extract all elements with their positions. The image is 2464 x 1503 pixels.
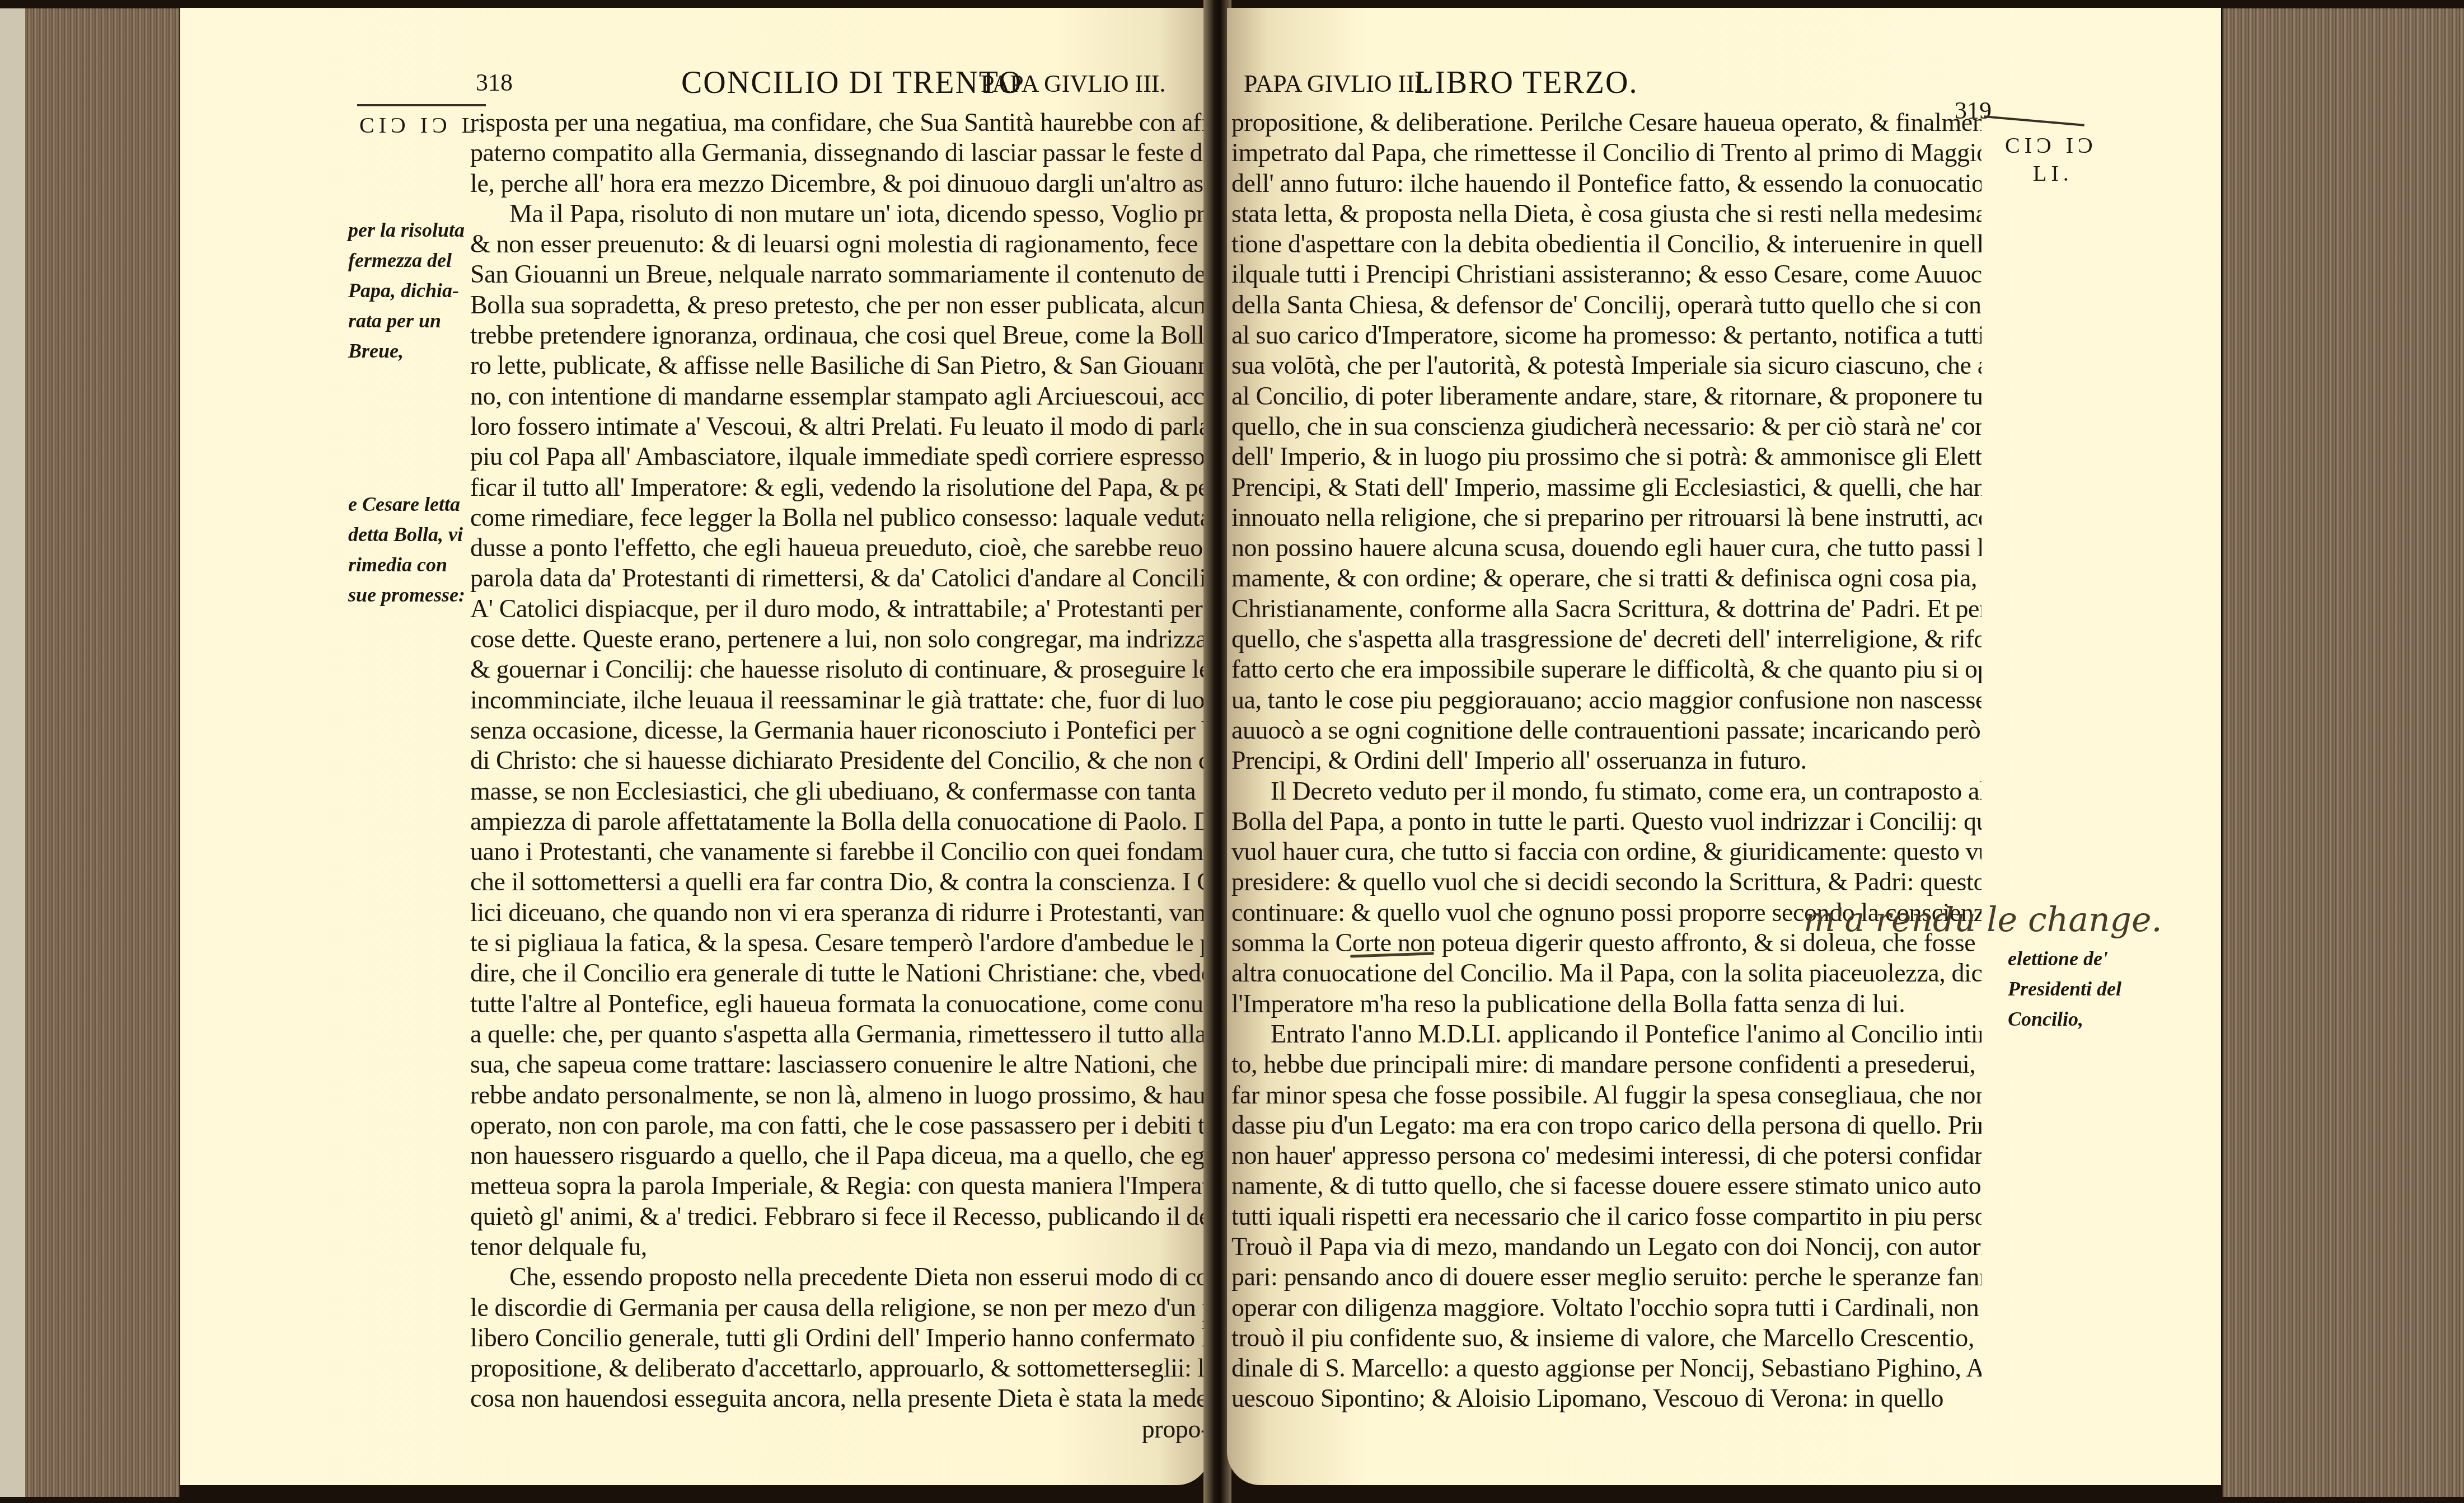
left-running-head-pope: PAPA GIVLIO III. bbox=[981, 69, 1165, 98]
left-running-head-title: CONCILIO DI TRENTO bbox=[681, 65, 1022, 101]
handwritten-annotation: m'a rendu le change. bbox=[1804, 900, 2162, 940]
marginal-note-breue: per la risoluta fermezza del Papa, dichi… bbox=[348, 215, 465, 366]
right-running-head-title: LIBRO TERZO. bbox=[1414, 65, 1638, 101]
marginal-note-cesare: e Cesare letta detta Bolla, vi rimedia c… bbox=[348, 489, 465, 610]
right-running-head-pope: PAPA GIVLIO III. bbox=[1244, 69, 1428, 98]
pen-rule-right bbox=[1984, 115, 2084, 126]
right-page: PAPA GIVLIO III. LIBRO TERZO. 319 CIƆ IƆ… bbox=[1227, 8, 2221, 1485]
left-body-text: risposta per una negatiua, ma confidare,… bbox=[470, 107, 1209, 1444]
right-side-year-line1: CIƆ IƆ bbox=[2005, 132, 2097, 158]
top-background bbox=[0, 0, 2464, 8]
right-side-year-line2: LI. bbox=[2033, 160, 2073, 186]
right-body-text: propositione, & deliberatione. Perilche … bbox=[1231, 107, 1981, 1444]
line-with-annotation: l'Imperatore m'ha reso la publicatione d… bbox=[1231, 989, 1981, 1019]
left-cover-board bbox=[0, 8, 25, 1497]
pen-rule-left bbox=[357, 104, 486, 106]
marginal-note-presidenti: elettione de' Presidenti del Concilio, bbox=[2008, 943, 2121, 1034]
left-page-number: 318 bbox=[476, 68, 513, 97]
catchword: propo- bbox=[470, 1414, 1209, 1444]
left-page: 318 CONCILIO DI TRENTO PAPA GIVLIO III. … bbox=[180, 8, 1210, 1485]
right-page-edges bbox=[2222, 8, 2464, 1497]
left-page-edges bbox=[0, 8, 180, 1497]
